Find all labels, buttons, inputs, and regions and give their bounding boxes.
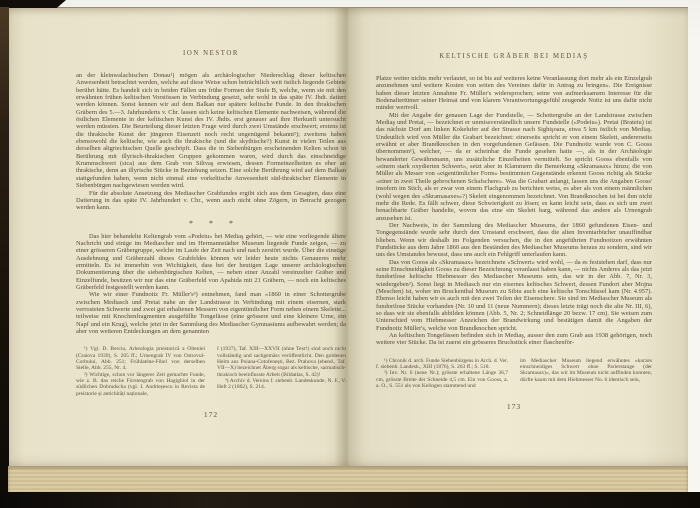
body-paragraph: Für die absolute Ansetzung des Mediasche… <box>76 190 346 212</box>
left-page: ION NESTOR an der kleinwalachischen Dona… <box>76 50 346 419</box>
body-paragraph: Mit der Angabe der genauen Lage der Fund… <box>376 112 652 222</box>
body-paragraph: Platze weiter nichts mehr verlautet, so … <box>376 75 652 112</box>
page-number-left: 172 <box>76 410 346 419</box>
book-scan-photo: ION NESTOR an der kleinwalachischen Dona… <box>0 0 700 508</box>
body-paragraph: an der kleinwalachischen Donau¹) mögen a… <box>76 72 346 190</box>
footnote-column: I (1937), Taf. XIII—XXVII (ohne Text!) s… <box>217 346 346 397</box>
footnote: ¹) Chronik d. arch. Funde Siebenbürgens … <box>376 358 508 371</box>
footnote: ²) Inv. Nr. 6 (neue Nr.); grösste erhalt… <box>376 370 508 389</box>
footnote-column: ¹) Chronik d. arch. Funde Siebenbürgens … <box>376 358 508 390</box>
footnotes-right: ¹) Chronik d. arch. Funde Siebenbürgens … <box>376 358 652 390</box>
body-paragraph: An keltischen Tongefässen befinden sich … <box>376 332 652 347</box>
footnote: ¹) Vgl. D. Berciu, Arheologia preistoric… <box>76 346 205 371</box>
photo-top-left-dark-edge <box>0 0 66 8</box>
footnote-column: im Mediascher Museum liegend erwähntes «… <box>520 358 652 390</box>
running-header-left: ION NESTOR <box>76 50 346 58</box>
body-paragraph: Das von Gooss als «Skramasax» bezeichnet… <box>376 259 652 332</box>
running-header-right: KELTISCHE GRÄBER BEI MEDIAŞ <box>376 53 652 61</box>
footnotes-left: ¹) Vgl. D. Berciu, Arheologia preistoric… <box>76 346 346 397</box>
page-number-right: 173 <box>376 402 652 411</box>
footnote-continuation: im Mediascher Museum liegend erwähntes «… <box>520 358 652 383</box>
photo-bottom-shadow-band <box>0 492 700 508</box>
footnote: ³) Archiv d. Vereins f. siebenb. Landesk… <box>217 378 346 391</box>
asterisk-separator: * * * <box>76 219 346 228</box>
footnote-continuation: I (1937), Taf. XIII—XXVII (ohne Text!) s… <box>217 346 346 378</box>
body-paragraph: Der Nachweis, in der Sammlung des Medias… <box>376 222 652 259</box>
book-spine-shadow <box>0 7 9 492</box>
page-block-edge <box>8 466 688 492</box>
footnote-column: ¹) Vgl. D. Berciu, Arheologia preistoric… <box>76 346 205 397</box>
body-paragraph: Wie wir einer Fundnotiz Fr. Müller's³) e… <box>76 291 346 335</box>
book-spread: ION NESTOR an der kleinwalachischen Dona… <box>8 7 688 468</box>
right-page: KELTISCHE GRÄBER BEI MEDIAŞ Platze weite… <box>376 53 652 411</box>
body-paragraph: Das hier behandelte Keltengrab vom «Pode… <box>76 233 346 292</box>
footnote: ²) Wichtige, schon vor längerer Zeit gem… <box>76 372 205 397</box>
